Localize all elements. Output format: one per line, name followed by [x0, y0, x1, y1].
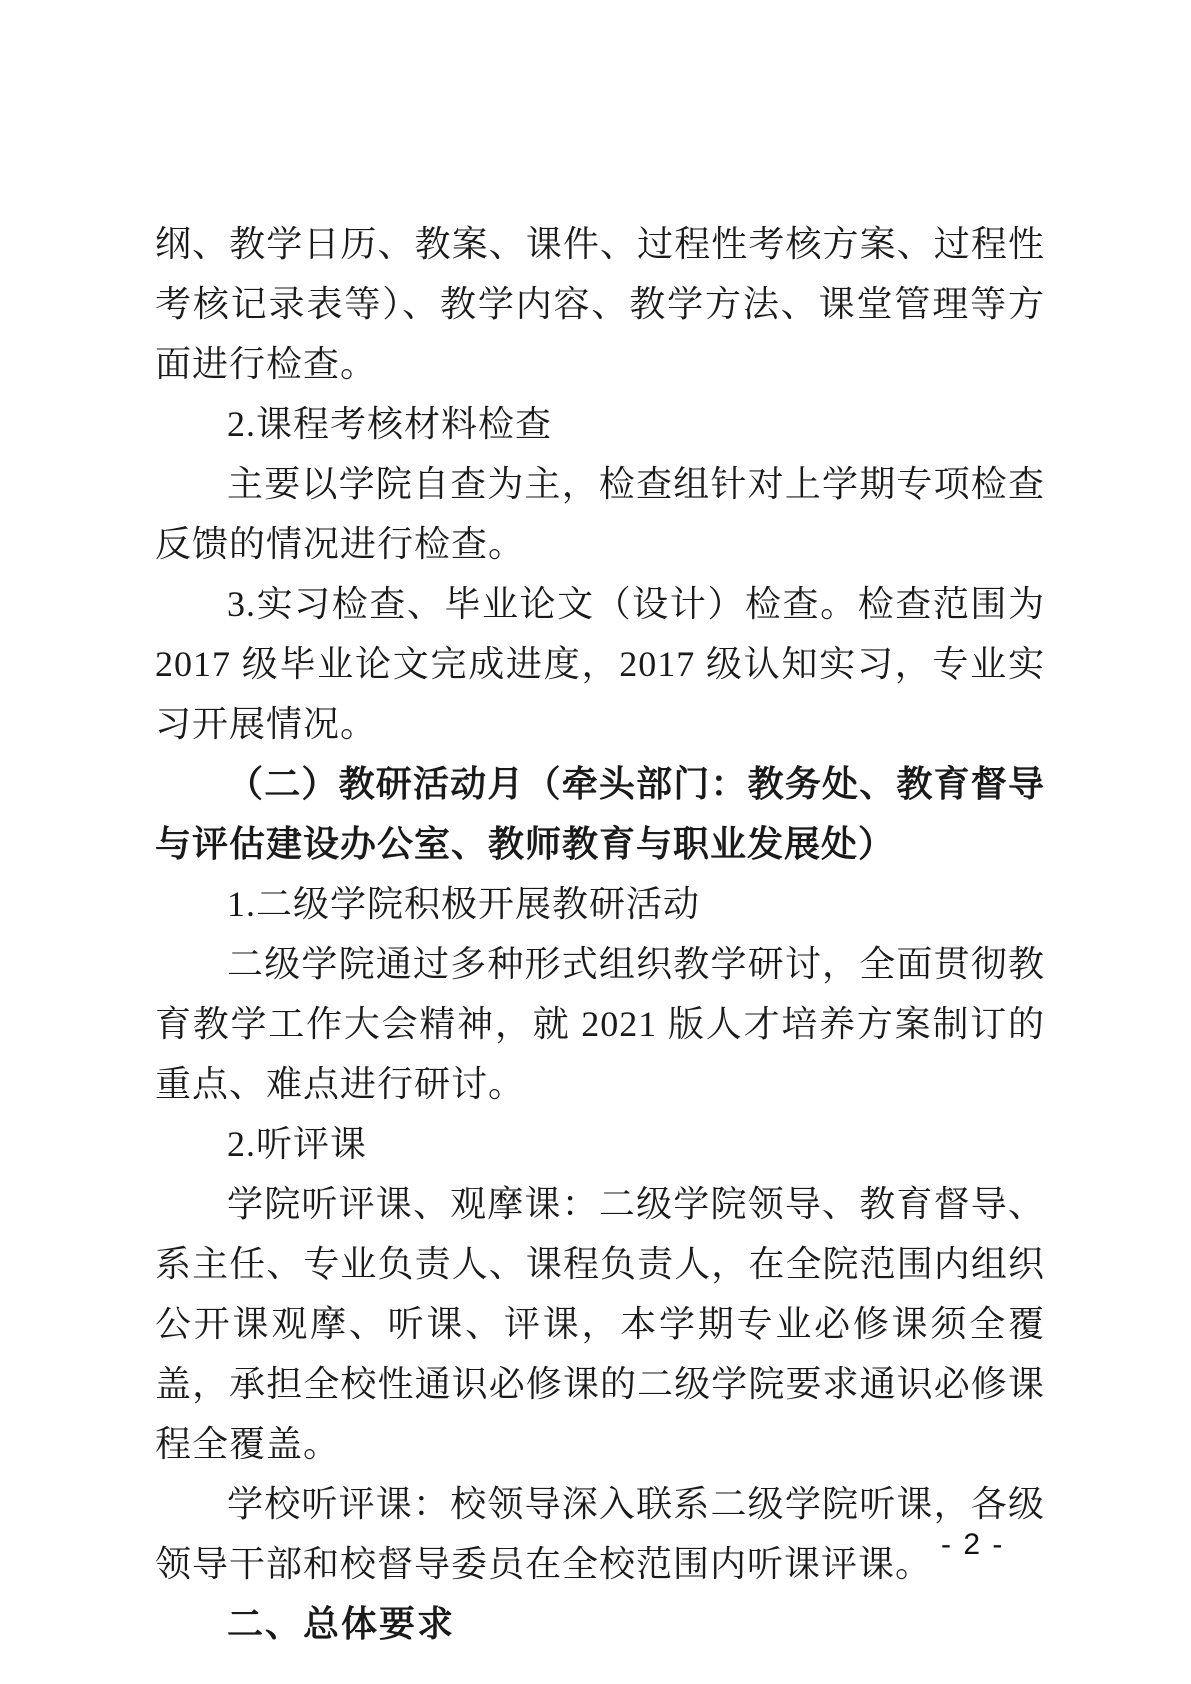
paragraph-college-class-observation: 学院听评课、观摩课：二级学院领导、教育督导、系主任、专业负责人、课程负责人，在全…: [155, 1174, 1045, 1474]
paragraph-research-discussion: 二级学院通过多种形式组织教学研讨，全面贯彻教育教学工作大会精神，就 2021 版…: [155, 934, 1045, 1114]
page-number: - 2 -: [941, 1528, 1004, 1562]
document-page: 纲、教学日历、教案、课件、过程性考核方案、过程性考核记录表等）、教学内容、教学方…: [0, 0, 1191, 1684]
heading-overall-requirements: 二、总体要求: [155, 1594, 1045, 1654]
item-1-research-activities: 1.二级学院积极开展教研活动: [155, 874, 1045, 934]
item-2-class-observation: 2.听评课: [155, 1114, 1045, 1174]
section-2-teaching-research-month-heading: （二）教研活动月（牵头部门：教务处、教育督导与评估建设办公室、教师教育与职业发展…: [155, 754, 1045, 874]
paragraph-continued-inspection-scope: 纲、教学日历、教案、课件、过程性考核方案、过程性考核记录表等）、教学内容、教学方…: [155, 214, 1045, 394]
item-2-course-assessment-materials-check: 2.课程考核材料检查: [155, 394, 1045, 454]
paragraph-college-self-inspection: 主要以学院自查为主，检查组针对上学期专项检查反馈的情况进行检查。: [155, 454, 1045, 574]
paragraph-school-class-observation: 学校听评课：校领导深入联系二级学院听课，各级领导干部和校督导委员在全校范围内听课…: [155, 1474, 1045, 1594]
item-3-internship-thesis-check: 3.实习检查、毕业论文（设计）检查。检查范围为 2017 级毕业论文完成进度，2…: [155, 574, 1045, 754]
document-body: 纲、教学日历、教案、课件、过程性考核方案、过程性考核记录表等）、教学内容、教学方…: [155, 214, 1045, 1654]
